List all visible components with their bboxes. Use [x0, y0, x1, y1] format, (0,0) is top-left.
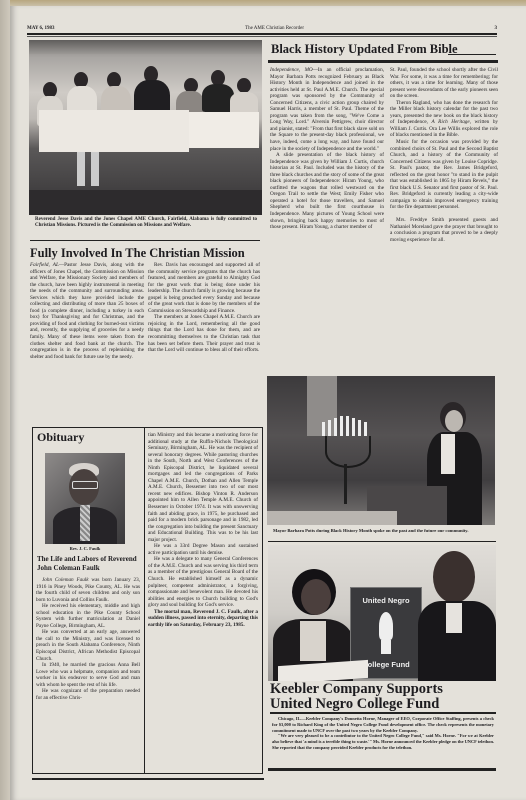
candle — [340, 416, 343, 436]
article-keebler-body: Chicago, IL.—Keebler Company's Donnetta … — [272, 716, 494, 751]
headline-rule — [270, 712, 496, 714]
page-number: 3 — [495, 26, 498, 31]
paragraph: Music for the occasion was provided by t… — [390, 139, 498, 211]
section-rule — [268, 768, 496, 771]
article-mission-col2: Rev. Davis has encouraged and supported … — [148, 262, 260, 354]
publication-name: The AME Christian Recorder — [245, 26, 304, 31]
woman-face — [301, 579, 331, 615]
person — [230, 92, 258, 114]
book-title: A Rich Heritage — [432, 119, 470, 125]
headline-keebler-line1: Keebler Company Supports — [270, 681, 443, 697]
article-black-history-col1: Independence, MO—In an official proclama… — [270, 67, 384, 231]
person-head — [237, 78, 251, 93]
paragraph: Mrs. Freddye Smith presented guests and … — [390, 217, 498, 243]
torch-flame-icon — [379, 612, 393, 640]
masthead-rule — [27, 33, 497, 35]
person-legs — [77, 152, 85, 186]
section-rule — [32, 778, 264, 780]
photo-caption-mayor: Mayor Barbara Potts during Black History… — [273, 528, 491, 534]
masthead: MAY 6, 1983 The AME Christian Recorder 3 — [27, 23, 497, 33]
obituary-title: Obituary — [37, 430, 84, 445]
uncf-sign-line1: United Negro — [351, 596, 421, 605]
issue-date: MAY 6, 1983 — [27, 26, 55, 31]
article-mission-col1: Fairfield, AL—Pastor Jesse Davis, along … — [30, 262, 144, 360]
paragraph: Rev. Davis has encouraged and supported … — [148, 262, 260, 314]
photo-ceiling — [29, 40, 262, 54]
candle — [364, 422, 367, 436]
headline-fully-involved: Fully Involved In The Christian Mission — [30, 246, 245, 261]
headline-keebler: Keebler Company Supports United Negro Co… — [270, 682, 443, 712]
photo-floor — [29, 190, 262, 215]
obituary-col2: tian Ministry and this became a motivati… — [148, 432, 258, 628]
woman-blouse — [300, 621, 326, 661]
paragraph: He was a delegate to many General Confer… — [148, 556, 258, 608]
paragraph: He received his elementary, middle and h… — [36, 603, 140, 629]
photo-caption-faulk: Rev. J. C. Faulk — [45, 546, 125, 552]
photo-mayor-potts — [267, 376, 495, 525]
dateline: Fairfield, AL — [30, 262, 59, 268]
candle — [346, 416, 349, 436]
man-shirt — [446, 603, 462, 633]
photo-table — [39, 110, 189, 152]
obituary-col1: John Coleman Faulk was born January 23, … — [36, 577, 140, 701]
candelabra-stand — [344, 464, 347, 504]
torch-handle-icon — [381, 640, 391, 654]
paragraph: He was cognizant of the preparation need… — [36, 688, 140, 701]
paragraph: "We are very pleased to be a contributor… — [272, 733, 494, 750]
photo-keebler-check: United Negro College Fund — [268, 545, 496, 681]
photo-table — [189, 112, 259, 148]
photo-caption-commission: Reverend Jesse Davis and the Jones Chape… — [35, 217, 257, 230]
paragraph: Chicago, IL.—Keebler Company's Donnetta … — [272, 716, 494, 733]
dateline: Independence, MO — [270, 67, 313, 73]
man-head — [433, 551, 475, 603]
paragraph: tian Ministry and this became a motivati… — [148, 432, 258, 543]
masthead-rule-thin — [27, 36, 497, 37]
page-binding — [0, 0, 10, 800]
paragraph: He was converted at an early age, answer… — [36, 629, 140, 662]
lead-name: John Coleman Faulk — [42, 577, 89, 583]
candle — [352, 418, 355, 436]
article-black-history-col2: St. Paul, founded the school shortly aft… — [390, 67, 498, 243]
paragraph: St. Paul, founded the school shortly aft… — [390, 67, 498, 100]
paragraph: In 1940, he married the gracious Anna Be… — [36, 662, 140, 688]
paragraph: He was a 33rd Degree Mason and sustained… — [148, 543, 258, 556]
glasses — [72, 481, 98, 489]
paragraph: —Pastor Jesse Davis, along with the offi… — [30, 262, 144, 360]
headline-rule — [448, 54, 496, 55]
person-legs — [91, 152, 99, 186]
photo-rev-faulk — [45, 453, 125, 544]
candelabra — [325, 436, 371, 468]
caption-rule — [268, 541, 496, 542]
caption-rule — [30, 240, 260, 241]
candle — [322, 422, 325, 436]
paragraph: The members at Jones Chapel A.M.E. Churc… — [148, 314, 260, 353]
headline-underline — [268, 60, 498, 63]
mayor-blouse — [441, 434, 455, 474]
headline-black-history: Black History Updated From Bible — [271, 42, 458, 57]
paragraph: A slide presentation of the black histor… — [270, 152, 384, 231]
pew — [267, 511, 397, 525]
obituary-subhead: The Life and Labors of Reverend John Col… — [37, 555, 141, 572]
photo-commission-missions — [29, 40, 262, 215]
headline-keebler-line2: United Negro College Fund — [270, 696, 439, 712]
candle — [334, 418, 337, 436]
paragraph: The mortal man, Reverend J. C. Faulk, af… — [148, 609, 258, 629]
candle — [328, 420, 331, 436]
candle — [358, 420, 361, 436]
mayor-face — [445, 410, 463, 432]
paragraph: —In an official proclamation, Mayor Barb… — [270, 67, 384, 152]
tie — [80, 505, 90, 541]
